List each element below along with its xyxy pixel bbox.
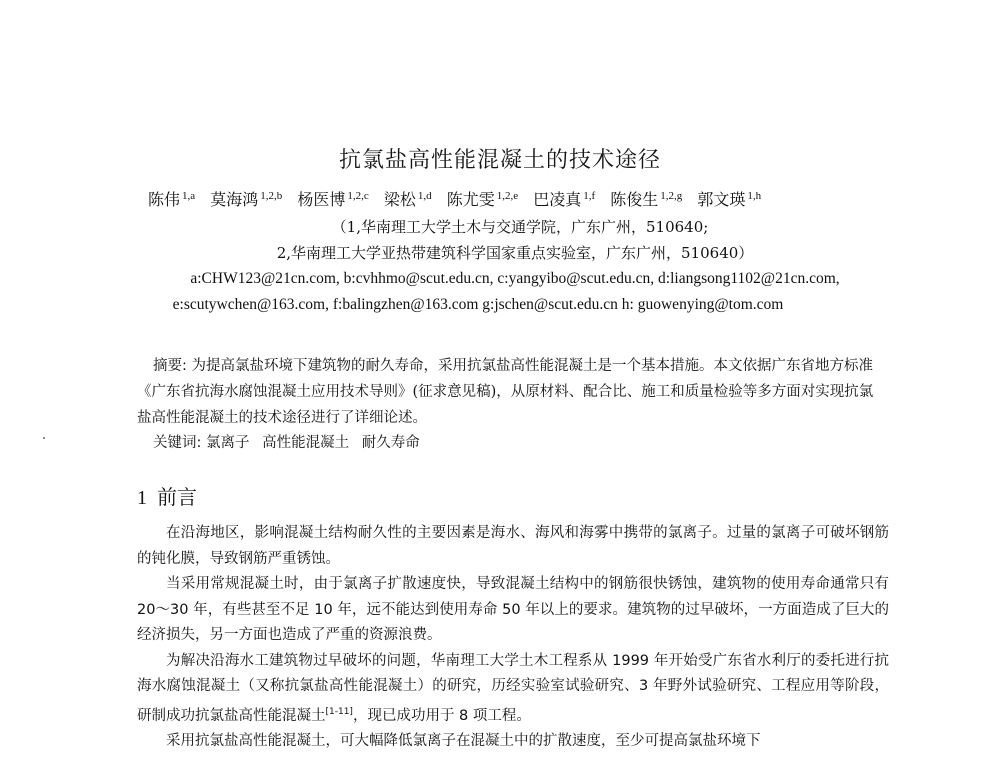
paper-title: 抗氯盐高性能混凝土的技术途径 [0, 143, 1000, 174]
section-title: 前言 [157, 485, 197, 509]
abstract: 摘要: 为提高氯盐环境下建筑物的耐久寿命，采用抗氯盐高性能混凝土是一个基本措施。… [137, 353, 887, 431]
keywords-label: 关键词: [153, 435, 201, 451]
citation: [1-11] [326, 707, 353, 717]
keyword: 高性能混凝土 [262, 435, 349, 451]
affiliation-line-2: 2,华南理工大学亚热带建筑科学国家重点实验室，广东广州，510640） [15, 242, 1000, 263]
email-line-1: a:CHW123@21cn.com, b:cvhhmo@scut.edu.cn,… [15, 270, 1000, 288]
scan-artifact [43, 437, 45, 439]
keywords: 关键词: 氯离子 高性能混凝土 耐久寿命 [153, 431, 428, 452]
abstract-text: 为提高氯盐环境下建筑物的耐久寿命，采用抗氯盐高性能混凝土是一个基本措施。本文依据… [137, 358, 873, 426]
author: 莫海鸿1,2,b [210, 190, 282, 209]
author: 陈尤雯1,2,e [447, 190, 518, 209]
body-text: 在沿海地区，影响混凝土结构耐久性的主要因素是海水、海风和海雾中携带的氯离子。过量… [137, 521, 889, 754]
email-line-2: e:scutywchen@163.com, f:balingzhen@163.c… [0, 296, 978, 314]
paragraph: 在沿海地区，影响混凝土结构耐久性的主要因素是海水、海风和海雾中携带的氯离子。过量… [137, 521, 889, 572]
paper-page: 抗氯盐高性能混凝土的技术途径 陈伟1,a 莫海鸿1,2,b 杨医博1,2,c 梁… [0, 0, 1000, 760]
author: 巴凌真1,f [533, 190, 595, 209]
keyword: 耐久寿命 [362, 435, 420, 451]
section-number: 1 [137, 487, 147, 509]
author: 陈俊生1,2,g [610, 190, 682, 209]
paragraph: 采用抗氯盐高性能混凝土，可大幅降低氯离子在混凝土中的扩散速度，至少可提高氯盐环境… [137, 729, 889, 755]
author: 梁松1,d [384, 190, 432, 209]
author: 杨医博1,2,c [297, 190, 368, 209]
paragraph: 当采用常规混凝土时，由于氯离子扩散速度快，导致混凝土结构中的钢筋很快锈蚀，建筑物… [137, 572, 889, 649]
author-list: 陈伟1,a 莫海鸿1,2,b 杨医博1,2,c 梁松1,d 陈尤雯1,2,e 巴… [148, 187, 888, 210]
affiliation-line-1: （1,华南理工大学土木与交通学院，广东广州，510640; [20, 216, 1000, 237]
abstract-label: 摘要: [153, 358, 187, 374]
paragraph: 为解决沿海水工建筑物过早破坏的问题，华南理工大学土木工程系从 1999 年开始受… [137, 649, 889, 729]
section-heading: 1前言 [137, 481, 197, 510]
author: 郭文瑛1,h [697, 190, 761, 209]
keyword: 氯离子 [206, 435, 250, 451]
author: 陈伟1,a [148, 190, 195, 209]
